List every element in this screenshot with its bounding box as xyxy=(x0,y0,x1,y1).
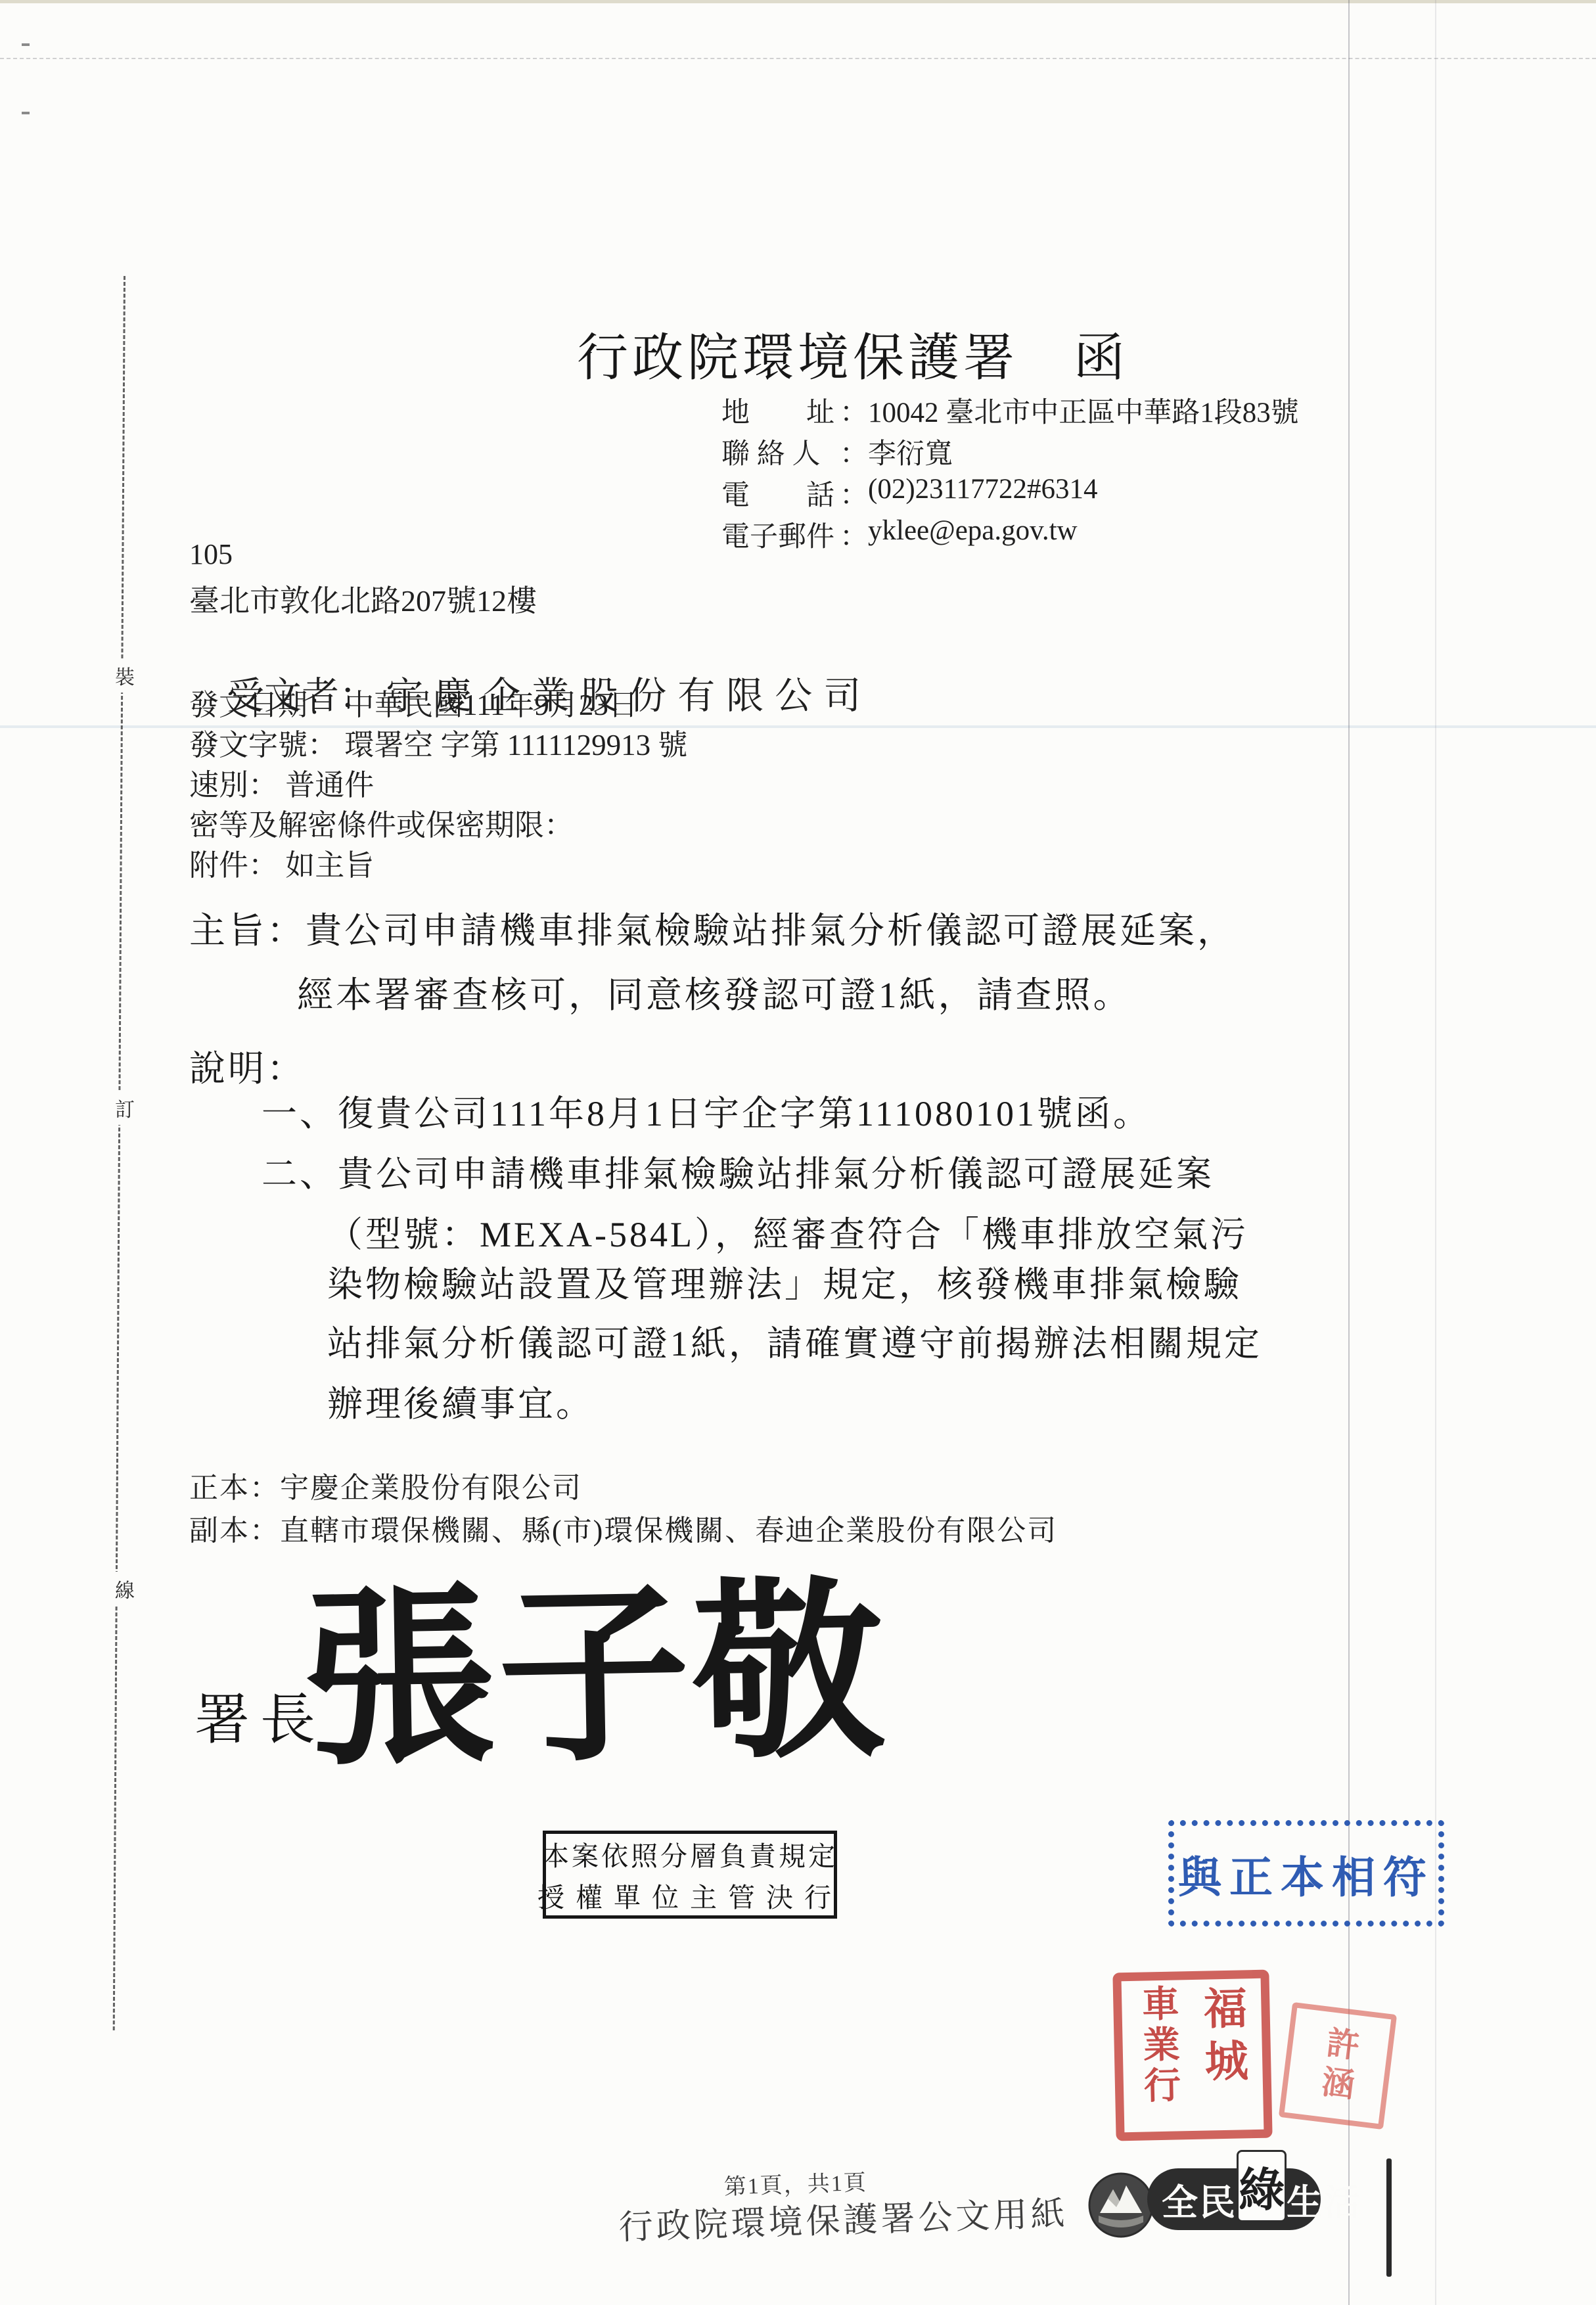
logo-text-mid: 綠 xyxy=(1239,2153,1285,2220)
meta-doc-number: 發文字號： 環署空 字第 1111129913 號 xyxy=(189,721,687,764)
personal-red-seal: 許涵 xyxy=(1279,2002,1397,2130)
footer: 第1頁，共1頁 行政院環境保護署公文用紙 xyxy=(610,2153,1111,2216)
original-copy-line: 正本：宇慶企業股份有限公司 xyxy=(189,1464,582,1506)
contact-person-label: 聯 絡 人 xyxy=(721,432,840,468)
subject-line-1: 主旨：貴公司申請機車排氣檢驗站排氣分析儀認可證展延案， xyxy=(189,901,1236,953)
green-living-logo: 全民 綠 生活 xyxy=(1147,2168,1321,2230)
binding-mark-ding: 訂 xyxy=(110,1091,139,1125)
scanned-official-letter: 裝 訂 線 行政院環境保護署 函 地 址：10042 臺北市中正區中華路1段83… xyxy=(0,0,1596,2305)
binding-dotted-line xyxy=(113,276,125,2030)
explanation-item-2-line-5: 辦理後續事宜。 xyxy=(327,1376,594,1426)
scan-line-vertical-dark xyxy=(1386,2158,1392,2277)
meta-issue-date: 發文日期： 中華民國111年9月23日 xyxy=(189,681,638,723)
binding-mark-zhuang: 裝 xyxy=(110,658,139,693)
contact-person-row: 聯 絡 人：李衍寬 xyxy=(721,432,953,468)
contact-person-value: 李衍寬 xyxy=(868,432,953,468)
company-seal-left-column: 車業行 xyxy=(1131,1984,1186,2107)
recipient-postal-code: 105 xyxy=(189,537,233,571)
authorization-box: 本案依照分層負責規定 授權單位主管決行 xyxy=(543,1831,837,1919)
company-seal-right-column: 福城 xyxy=(1189,1985,1254,2091)
logo-text-right: 生活 xyxy=(1287,2174,1361,2225)
explanation-item-2-line-4: 站排氣分析儀認可證1紙，請確實遵守前揭辦法相關規定 xyxy=(327,1315,1262,1366)
certified-true-copy-text: 與正本相符 xyxy=(1178,1842,1434,1905)
contact-address-row: 地 址：10042 臺北市中正區中華路1段83號 xyxy=(721,390,1299,427)
cc-copy-line: 副本：直轄市環保機關、縣(市)環保機關、春迪企業股份有限公司 xyxy=(189,1507,1057,1549)
colon: ： xyxy=(840,432,868,468)
document-title: 行政院環境保護署 函 xyxy=(577,317,1129,390)
logo-green-character-box: 綠 xyxy=(1237,2150,1287,2222)
contact-phone-row: 電 話：(02)23117722#6314 xyxy=(721,473,1098,510)
logo-text-left: 全民 xyxy=(1162,2174,1237,2225)
meta-classification: 密等及解密條件或保密期限： xyxy=(189,801,574,844)
contact-address-value: 10042 臺北市中正區中華路1段83號 xyxy=(868,390,1299,427)
meta-priority: 速別： 普通件 xyxy=(189,761,374,804)
authorization-line-1: 本案依照分層負責規定 xyxy=(542,1835,838,1873)
personal-seal-text: 許涵 xyxy=(1310,2024,1366,2108)
explanation-item-1: 一、復貴公司111年8月1日宇企字第111080101號函。 xyxy=(262,1085,1151,1136)
contact-address-label: 地 址 xyxy=(721,390,840,427)
contact-email-value: yklee@epa.gov.tw xyxy=(868,514,1078,551)
scan-top-edge xyxy=(0,0,1596,3)
official-paper-name: 行政院環境保護署公文用紙 xyxy=(618,2185,1068,2248)
explanation-label: 說明： xyxy=(189,1039,306,1091)
scan-line-vertical-2 xyxy=(1435,0,1436,2305)
certified-true-copy-stamp: 與正本相符 xyxy=(1168,1820,1444,1927)
scan-tick-1 xyxy=(22,43,30,46)
contact-email-label: 電子郵件 xyxy=(721,514,840,551)
meta-attachment: 附件： 如主旨 xyxy=(189,841,374,884)
contact-phone-value: (02)23117722#6314 xyxy=(868,473,1098,510)
scan-line-vertical-1 xyxy=(1348,0,1350,2305)
scan-tick-2 xyxy=(22,112,30,114)
scan-dashed-line xyxy=(0,58,1596,59)
contact-email-row: 電子郵件：yklee@epa.gov.tw xyxy=(721,514,1078,551)
authorization-line-2: 授權單位主管決行 xyxy=(537,1876,842,1915)
explanation-item-2-line-2: （型號：MEXA-584L），經審查符合「機車排放空氣污 xyxy=(327,1206,1248,1257)
colon: ： xyxy=(840,390,868,427)
explanation-item-2-line-1: 二、貴公司申請機車排氣檢驗站排氣分析儀認可證展延案 xyxy=(262,1146,1214,1197)
colon: ： xyxy=(840,473,868,510)
binding-mark-xian: 線 xyxy=(110,1572,139,1606)
signature-calligraphy: 張子敬 xyxy=(302,1577,889,1779)
contact-phone-label: 電 話 xyxy=(721,473,840,510)
colon: ： xyxy=(840,514,868,551)
recipient-address: 臺北市敦化北路207號12樓 xyxy=(189,577,537,620)
subject-line-2: 經本署審查核可，同意核發認可證1紙，請查照。 xyxy=(297,966,1132,1018)
company-red-seal: 福城 車業行 xyxy=(1112,1970,1272,2141)
explanation-item-2-line-3: 染物檢驗站設置及管理辦法」規定，核發機車排氣檢驗 xyxy=(327,1256,1242,1307)
